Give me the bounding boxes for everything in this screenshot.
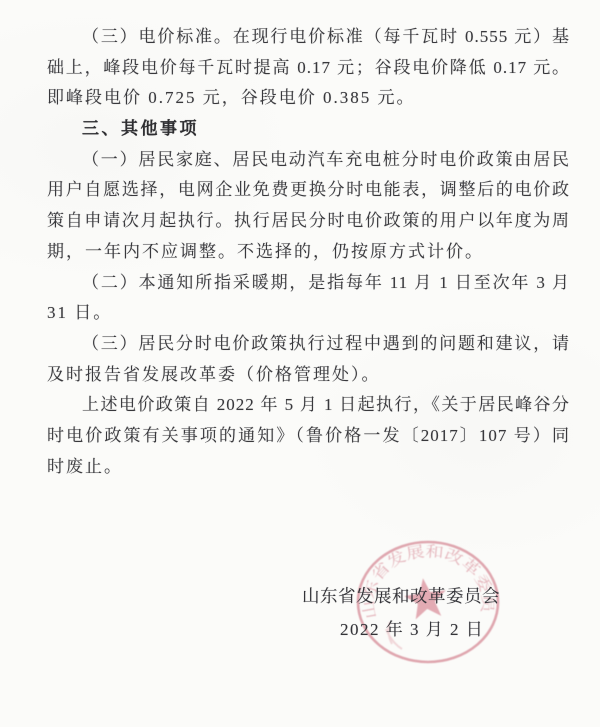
paragraph-line: 及时报告省发展改革委（价格管理处）。 xyxy=(47,360,570,391)
paragraph-line: 策自申请次月起执行。执行居民分时电价政策的用户以年度为周 xyxy=(47,206,570,237)
paragraph-line: （三）居民分时电价政策执行过程中遇到的问题和建议，请 xyxy=(47,329,570,360)
paragraph-line: 31 日。 xyxy=(47,298,570,329)
section-heading: 三、其他事项 xyxy=(47,114,570,145)
paragraph-line: 时电价政策有关事项的通知》（鲁价格一发〔2017〕107 号）同 xyxy=(47,421,570,452)
paragraph-line: （二）本通知所指采暖期，是指每年 11 月 1 日至次年 3 月 xyxy=(47,268,570,299)
paragraph-line: 上述电价政策自 2022 年 5 月 1 日起执行，《关于居民峰谷分 xyxy=(47,390,570,421)
paragraph-line: （一）居民家庭、居民电动汽车充电桩分时电价政策由居民 xyxy=(47,145,570,176)
paragraph-line: （三）电价标准。在现行电价标准（每千瓦时 0.555 元）基 xyxy=(47,22,570,53)
paragraph-line: 期，一年内不应调整。不选择的，仍按原方式计价。 xyxy=(47,237,570,268)
signature-organization: 山东省发展和改革委员会 xyxy=(302,583,500,608)
paragraph-line: 础上，峰段电价每千瓦时提高 0.17 元；谷段电价降低 0.17 元。 xyxy=(47,53,570,84)
signature-date: 2022 年 3 月 2 日 xyxy=(340,615,484,640)
paragraph-line: 时废止。 xyxy=(47,452,570,483)
paragraph-line: 用户自愿选择，电网企业免费更换分时电能表，调整后的电价政 xyxy=(47,175,570,206)
scanned-document-page: （三）电价标准。在现行电价标准（每千瓦时 0.555 元）基 础上，峰段电价每千… xyxy=(0,0,600,727)
document-body: （三）电价标准。在现行电价标准（每千瓦时 0.555 元）基 础上，峰段电价每千… xyxy=(47,22,570,482)
paragraph-line: 即峰段电价 0.725 元，谷段电价 0.385 元。 xyxy=(47,83,570,114)
